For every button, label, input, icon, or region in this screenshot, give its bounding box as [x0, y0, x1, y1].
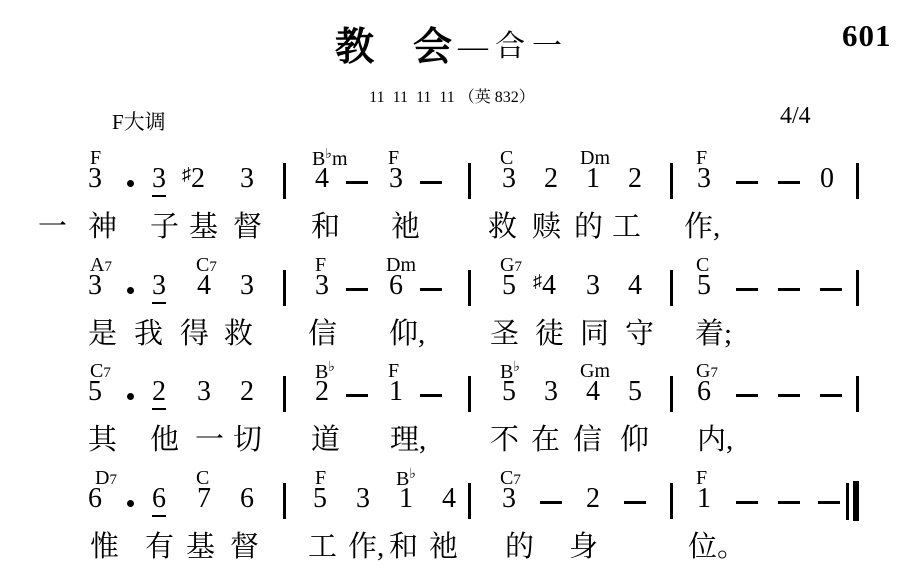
lyric-syllable: 工 [612, 210, 641, 245]
note: 5 [502, 378, 516, 406]
duration-dash [624, 501, 646, 504]
lyric-syllable: 基 [189, 210, 218, 245]
lyric-syllable: 内, [697, 423, 733, 458]
duration-dash [420, 394, 442, 397]
note: 3 [240, 165, 254, 193]
lyric-syllable: 神 [88, 210, 117, 245]
lyric-syllable: 工 [308, 530, 337, 565]
lyric-syllable: 祂 [391, 210, 420, 245]
bar-line [670, 483, 673, 519]
sharp-accidental: ♯ [182, 164, 191, 184]
lyric-syllable: 作, [348, 530, 384, 565]
duration-dash [736, 394, 758, 397]
note: 6 [389, 272, 403, 300]
verse-number: 一 [38, 210, 67, 245]
lyric-syllable: 和 [311, 210, 340, 245]
lyric-syllable: 同 [580, 317, 609, 352]
note: 6 [240, 485, 254, 513]
duration-dash [818, 501, 840, 504]
lyric-syllable: 的 [505, 530, 534, 565]
lyric-syllable: 赎 [532, 210, 561, 245]
lyric-syllable: 理, [390, 423, 426, 458]
note: 6 [88, 485, 102, 513]
bar-line [468, 270, 471, 306]
note: 1 [586, 165, 600, 193]
duration-dash [736, 501, 758, 504]
note: ♯4 [533, 272, 556, 300]
note: 2 [152, 378, 166, 410]
note: 3 [315, 272, 329, 300]
duration-dash [820, 288, 842, 291]
lyric-syllable: 祂 [429, 530, 458, 565]
lyric-syllable: 信 [573, 423, 602, 458]
note: 3 [389, 165, 403, 193]
note: ♯2 [182, 165, 205, 193]
lyric-syllable: 不 [490, 423, 519, 458]
augmentation-dot [127, 393, 134, 400]
bar-line [468, 163, 471, 199]
system-1: FB♭mFCDmF33♯2343321230一神子基督和祂救赎的工作, [0, 148, 904, 260]
system-3: C7B♭FB♭GmG752322153456其他一切道理,不在信仰内, [0, 361, 904, 473]
duration-dash [778, 501, 800, 504]
note: 3 [697, 165, 711, 193]
lyric-syllable: 其 [88, 423, 117, 458]
lyric-syllable: 圣 [490, 317, 519, 352]
bar-line [283, 270, 286, 306]
bar-line [856, 163, 859, 199]
note: 4 [315, 165, 329, 193]
bar-line [468, 376, 471, 412]
note: 1 [389, 378, 403, 406]
duration-dash [778, 288, 800, 291]
duration-dash [346, 181, 368, 184]
lyric-syllable: 位。 [688, 530, 746, 565]
lyric-syllable: 和 [389, 530, 418, 565]
final-bar-line [846, 481, 859, 521]
note: 3 [152, 165, 166, 197]
lyric-syllable: 得 [180, 317, 209, 352]
final-bar-thick [853, 481, 859, 521]
lyric-syllable: 基 [186, 530, 215, 565]
lyric-syllable: 仰, [389, 317, 425, 352]
lyric-syllable: 的 [574, 210, 603, 245]
note: 1 [697, 485, 711, 513]
lyric-syllable: 督 [233, 210, 262, 245]
duration-dash [820, 394, 842, 397]
note: 2 [586, 485, 600, 513]
note: 1 [399, 485, 413, 513]
final-bar-thin [846, 483, 849, 520]
meter-info: 11 11 11 11 （英 832） [0, 84, 904, 107]
hymn-sheet-page: 601 教 会—合一 11 11 11 11 （英 832） F大调 4/4 F… [0, 0, 904, 588]
note: 5 [628, 378, 642, 406]
lyric-syllable: 我 [134, 317, 163, 352]
system-2: A7C7FDmG7C3343365♯4345是我得救信仰,圣徒同守着; [0, 255, 904, 367]
bar-line [670, 270, 673, 306]
note: 4 [197, 272, 211, 300]
note: 3 [586, 272, 600, 300]
lyric-syllable: 督 [230, 530, 259, 565]
bar-line [670, 163, 673, 199]
lyric-syllable: 作, [684, 210, 720, 245]
sharp-accidental: ♯ [533, 271, 542, 291]
note: 2 [628, 165, 642, 193]
note: 6 [152, 485, 166, 517]
system-4: D7CFB♭C7F66765314321惟有基督工作,和祂的身位。 [0, 468, 904, 580]
lyric-syllable: 子 [150, 210, 179, 245]
augmentation-dot [127, 500, 134, 507]
hymn-title: 教 会 [335, 26, 452, 69]
note: 7 [197, 485, 211, 513]
augmentation-dot [127, 287, 134, 294]
bar-line [856, 376, 859, 412]
note: 3 [502, 165, 516, 193]
duration-dash [346, 288, 368, 291]
note: 5 [697, 272, 711, 300]
title-row: 教 会—合一 [0, 16, 904, 72]
note: 2 [240, 378, 254, 406]
note: 4 [442, 485, 456, 513]
note: 2 [544, 165, 558, 193]
lyric-syllable: 切 [233, 423, 262, 458]
note: 4 [628, 272, 642, 300]
duration-dash [420, 181, 442, 184]
duration-dash [540, 501, 562, 504]
note: 4 [586, 378, 600, 406]
note: 3 [88, 165, 102, 193]
lyric-syllable: 救 [224, 317, 253, 352]
duration-dash [736, 181, 758, 184]
lyric-syllable: 惟 [90, 530, 119, 565]
augmentation-dot [127, 180, 134, 187]
lyric-syllable: 身 [569, 530, 598, 565]
key-signature: F大调 [112, 106, 166, 136]
time-signature: 4/4 [780, 103, 811, 130]
note: 3 [152, 272, 166, 304]
note: 3 [240, 272, 254, 300]
duration-dash [778, 181, 800, 184]
lyric-syllable: 道 [311, 423, 340, 458]
note: 3 [502, 485, 516, 513]
lyric-syllable: 有 [145, 530, 174, 565]
bar-line [283, 376, 286, 412]
bar-line [283, 163, 286, 199]
note: 5 [502, 272, 516, 300]
lyric-syllable: 徒 [535, 317, 564, 352]
lyric-syllable: 着; [695, 317, 732, 352]
lyric-syllable: 一 [195, 423, 224, 458]
note: 3 [197, 378, 211, 406]
note: 5 [88, 378, 102, 406]
note: 5 [313, 485, 327, 513]
bar-line [856, 270, 859, 306]
bar-line [670, 376, 673, 412]
bar-line [468, 483, 471, 519]
lyric-syllable: 救 [488, 210, 517, 245]
rest-note: 0 [820, 165, 834, 193]
bar-line [283, 483, 286, 519]
note: 3 [356, 485, 370, 513]
lyric-syllable: 仰 [620, 423, 649, 458]
lyric-syllable: 他 [150, 423, 179, 458]
lyric-syllable: 在 [531, 423, 560, 458]
lyric-syllable: 信 [308, 317, 337, 352]
note: 2 [315, 378, 329, 406]
note: 6 [697, 378, 711, 406]
lyric-syllable: 是 [88, 317, 117, 352]
duration-dash [420, 288, 442, 291]
hymn-subtitle: —合一 [458, 30, 569, 63]
note: 3 [544, 378, 558, 406]
note: 3 [88, 272, 102, 300]
duration-dash [778, 394, 800, 397]
lyric-syllable: 守 [625, 317, 654, 352]
duration-dash [346, 394, 368, 397]
duration-dash [736, 288, 758, 291]
